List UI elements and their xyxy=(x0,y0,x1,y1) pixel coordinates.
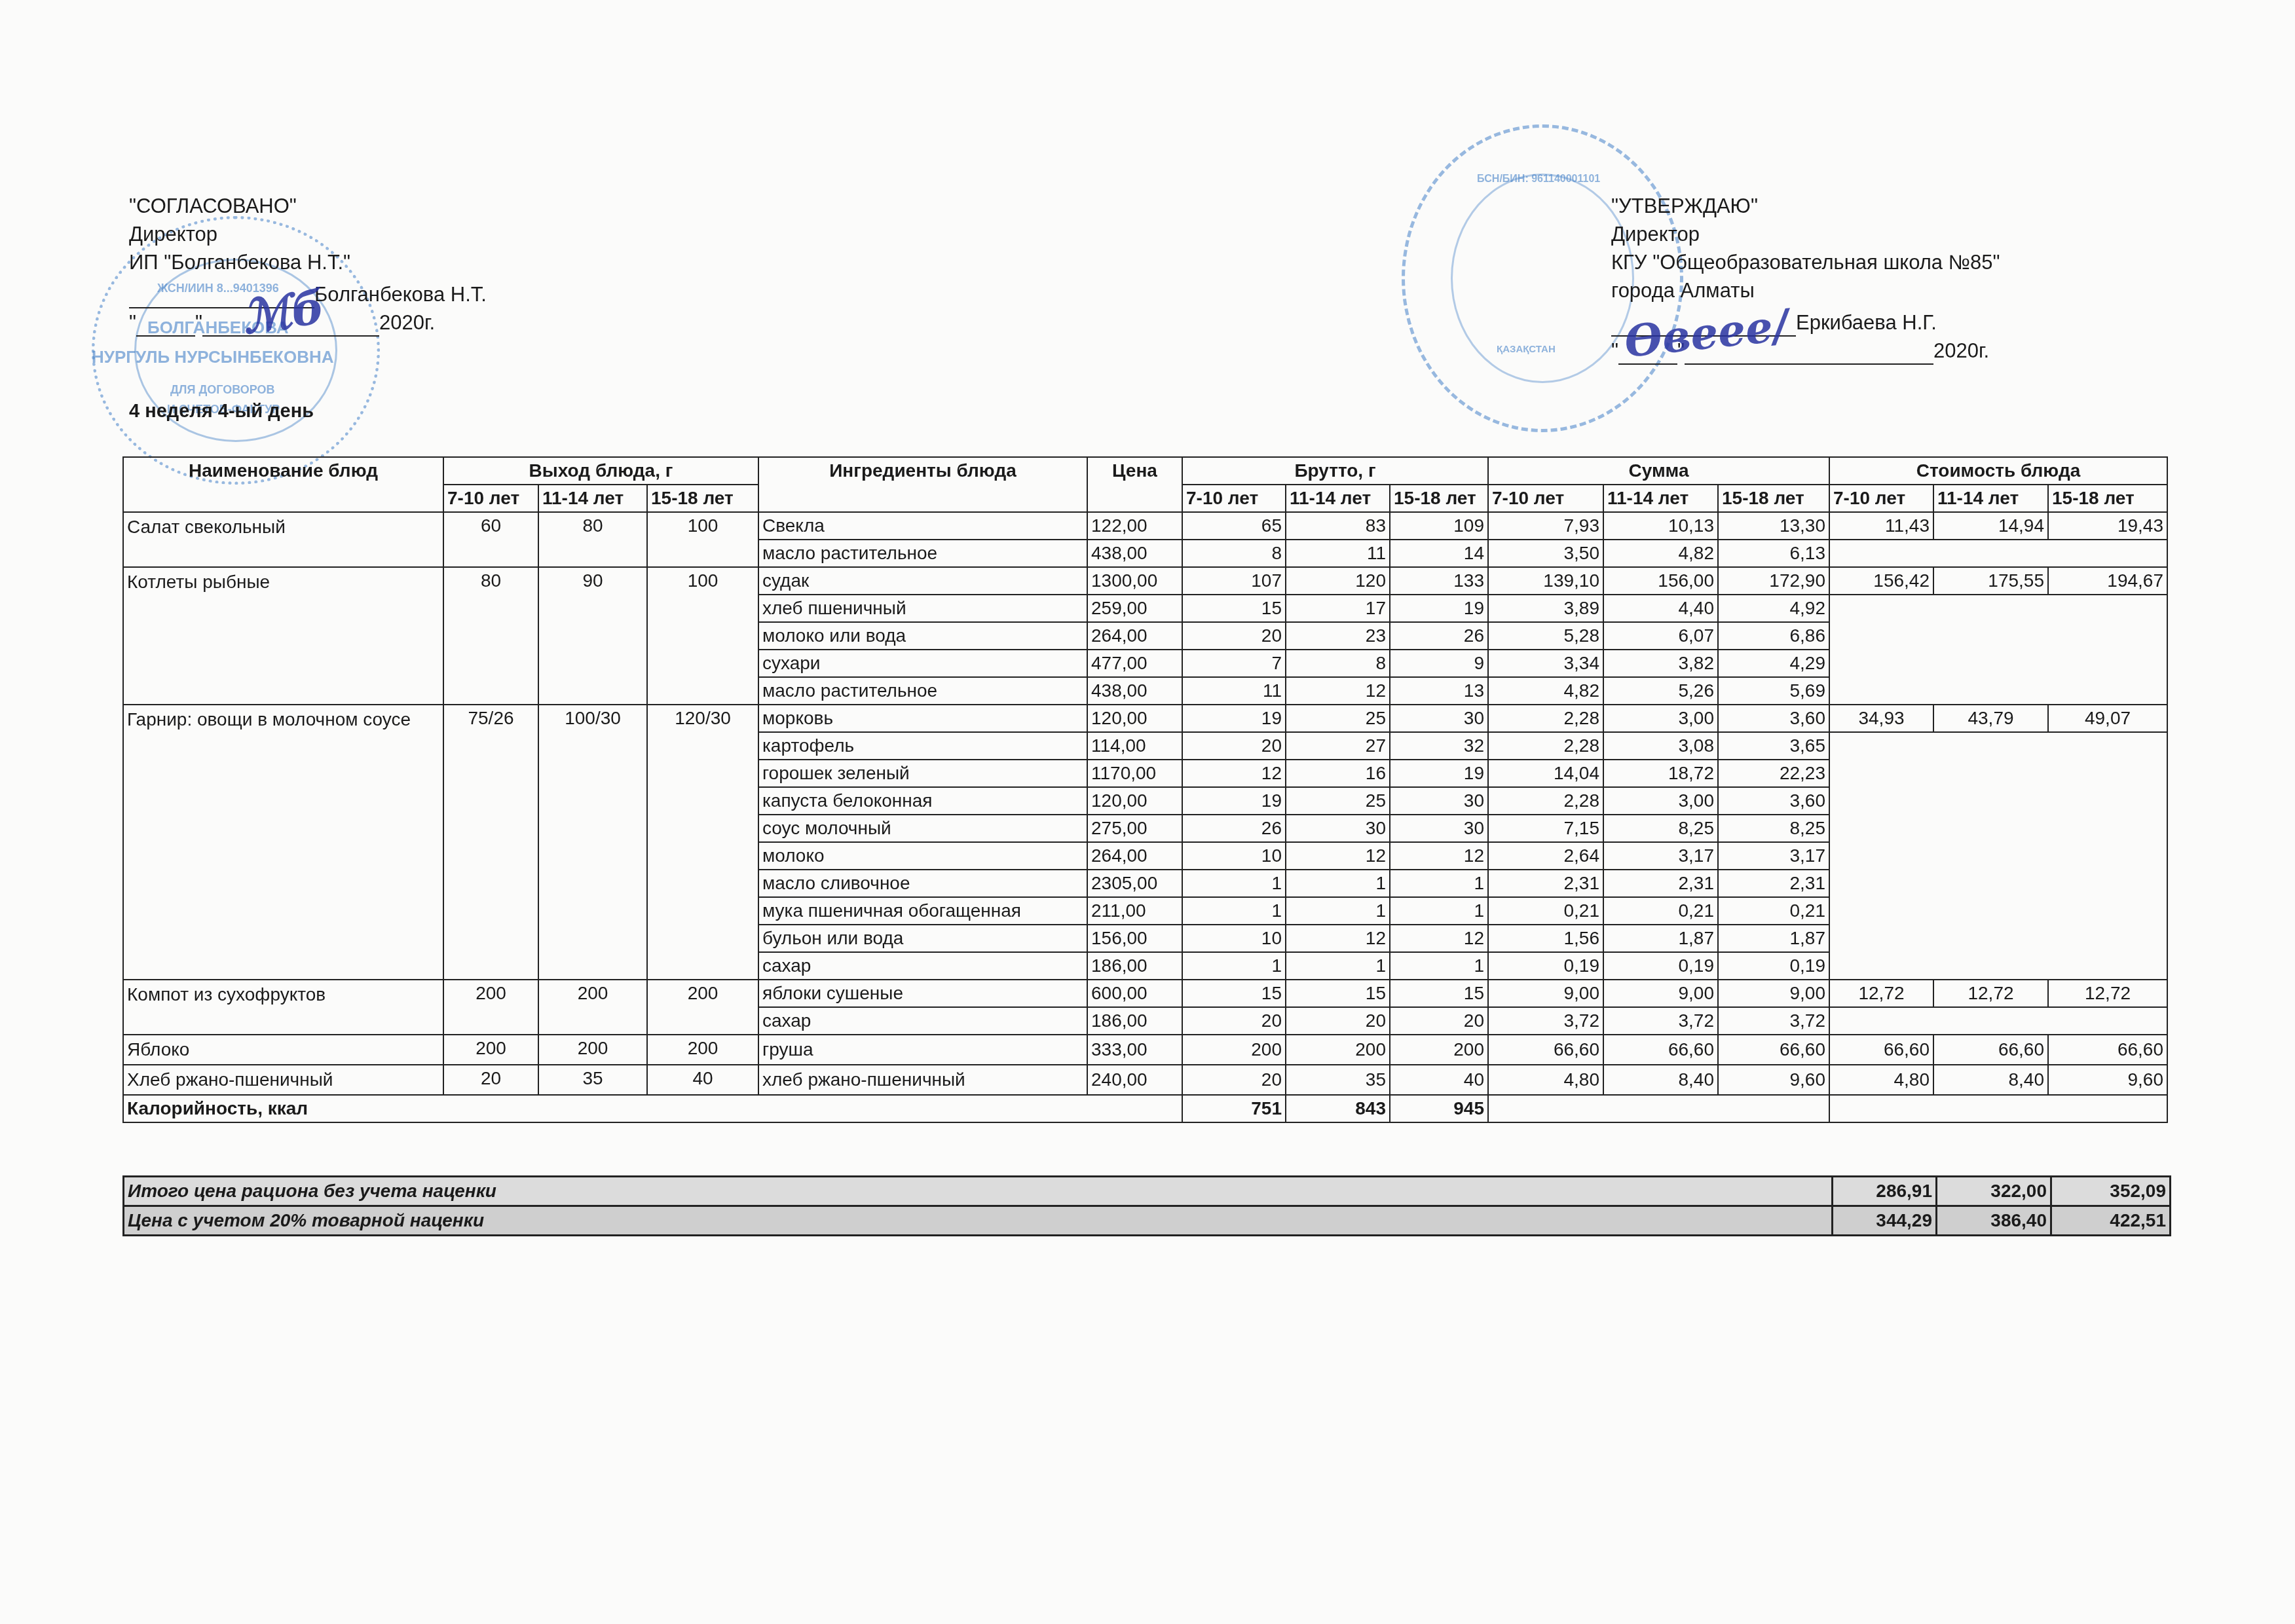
ingredient-gross: 26 xyxy=(1390,622,1488,650)
dish-yield: 20 xyxy=(443,1065,538,1095)
stamp-text: ҚАЗАҚСТАН xyxy=(1497,344,1556,355)
totals-value: 422,51 xyxy=(2051,1206,2171,1236)
ingredient-gross: 1 xyxy=(1182,870,1286,897)
ingredient-price: 156,00 xyxy=(1087,925,1182,952)
ingredient-gross: 19 xyxy=(1182,787,1286,815)
ingredient-gross: 20 xyxy=(1390,1007,1488,1035)
ingredient-sum: 9,00 xyxy=(1603,980,1718,1007)
header-yield-age-0: 7-10 лет xyxy=(443,485,538,512)
ingredient-price: 477,00 xyxy=(1087,650,1182,677)
dish-name: Хлеб ржано-пшеничный xyxy=(123,1065,443,1095)
ingredient-gross: 10 xyxy=(1182,925,1286,952)
ingredient-price: 120,00 xyxy=(1087,705,1182,732)
dish-cost: 194,67 xyxy=(2048,567,2167,595)
ingredient-gross: 83 xyxy=(1286,512,1390,540)
ingredient-gross: 10 xyxy=(1182,842,1286,870)
ingredient-gross: 23 xyxy=(1286,622,1390,650)
ingredient-name: судак xyxy=(758,567,1087,595)
ingredient-gross: 1 xyxy=(1182,952,1286,980)
ingredient-name: соус молочный xyxy=(758,815,1087,842)
ingredient-sum: 2,64 xyxy=(1488,842,1603,870)
ingredient-gross: 12 xyxy=(1286,925,1390,952)
ingredient-sum: 3,72 xyxy=(1488,1007,1603,1035)
ingredient-sum: 3,60 xyxy=(1718,705,1829,732)
stamp-text: НУРГУЛЬ НУРСЫНБЕКОВНА xyxy=(92,347,333,367)
ingredient-sum: 3,72 xyxy=(1718,1007,1829,1035)
dish-cost: 49,07 xyxy=(2048,705,2167,732)
empty-cost-cell xyxy=(1829,1095,2167,1122)
date-day-field xyxy=(136,313,195,337)
dish-yield: 40 xyxy=(647,1065,758,1095)
dish-yield: 200 xyxy=(538,980,647,1035)
ingredient-gross: 30 xyxy=(1286,815,1390,842)
ingredient-sum: 3,34 xyxy=(1488,650,1603,677)
totals-value: 344,29 xyxy=(1833,1206,1937,1236)
ingredient-price: 122,00 xyxy=(1087,512,1182,540)
dish-cost: 4,80 xyxy=(1829,1065,1933,1095)
ingredient-sum: 8,25 xyxy=(1718,815,1829,842)
ingredient-gross: 20 xyxy=(1182,622,1286,650)
ingredient-gross: 30 xyxy=(1390,705,1488,732)
calories-value: 751 xyxy=(1182,1095,1286,1122)
calories-value: 843 xyxy=(1286,1095,1390,1122)
menu-table: Наименование блюд Выход блюда, г Ингреди… xyxy=(122,456,2168,1123)
approval-left-organization: ИП "Болганбекова Н.Т." xyxy=(129,248,487,276)
ingredient-price: 211,00 xyxy=(1087,897,1182,925)
ingredient-name: мука пшеничная обогащенная xyxy=(758,897,1087,925)
dish-cost: 175,55 xyxy=(1933,567,2048,595)
ingredient-gross: 15 xyxy=(1286,980,1390,1007)
day-label: 4 неделя 4-ый день xyxy=(129,401,314,422)
ingredient-sum: 6,13 xyxy=(1718,540,1829,567)
ingredient-gross: 109 xyxy=(1390,512,1488,540)
ingredient-price: 333,00 xyxy=(1087,1035,1182,1065)
ingredient-sum: 5,28 xyxy=(1488,622,1603,650)
date-quote: " xyxy=(195,311,202,334)
table-row: Котлеты рыбные8090100судак1300,001071201… xyxy=(123,567,2167,595)
dish-yield: 90 xyxy=(538,567,647,705)
ingredient-name: морковь xyxy=(758,705,1087,732)
ingredient-gross: 200 xyxy=(1390,1035,1488,1065)
table-row: Компот из сухофруктов200200200яблоки суш… xyxy=(123,980,2167,1007)
dish-yield: 80 xyxy=(538,512,647,567)
ingredient-gross: 27 xyxy=(1286,732,1390,760)
dish-name: Гарнир: овощи в молочном соусе xyxy=(123,705,443,980)
totals-value: 286,91 xyxy=(1833,1177,1937,1206)
ingredient-price: 1170,00 xyxy=(1087,760,1182,787)
ingredient-price: 264,00 xyxy=(1087,622,1182,650)
dish-yield: 75/26 xyxy=(443,705,538,980)
table-row: Салат свекольный6080100Свекла122,0065831… xyxy=(123,512,2167,540)
ingredient-sum: 18,72 xyxy=(1603,760,1718,787)
ingredient-gross: 15 xyxy=(1182,595,1286,622)
dish-cost: 8,40 xyxy=(1933,1065,2048,1095)
ingredient-gross: 1 xyxy=(1286,952,1390,980)
approval-right-position: Директор xyxy=(1611,220,2000,248)
ingredient-gross: 12 xyxy=(1182,760,1286,787)
ingredient-sum: 8,40 xyxy=(1603,1065,1718,1095)
date-quote: " xyxy=(129,311,136,334)
ingredient-sum: 1,56 xyxy=(1488,925,1603,952)
header-yield-age-1: 11-14 лет xyxy=(538,485,647,512)
stamp-text: ДЛЯ ДОГОВОРОВ xyxy=(170,383,275,397)
header-sum-age-2: 15-18 лет xyxy=(1718,485,1829,512)
dish-cost: 12,72 xyxy=(1933,980,2048,1007)
header-sum-age-1: 11-14 лет xyxy=(1603,485,1718,512)
empty-cost-cell xyxy=(1829,732,2167,980)
ingredient-name: картофель xyxy=(758,732,1087,760)
dish-yield: 60 xyxy=(443,512,538,567)
ingredient-sum: 172,90 xyxy=(1718,567,1829,595)
ingredient-sum: 4,82 xyxy=(1488,677,1603,705)
ingredient-gross: 16 xyxy=(1286,760,1390,787)
ingredient-sum: 3,89 xyxy=(1488,595,1603,622)
ingredient-gross: 25 xyxy=(1286,787,1390,815)
ingredient-sum: 7,93 xyxy=(1488,512,1603,540)
ingredient-gross: 9 xyxy=(1390,650,1488,677)
header-price: Цена xyxy=(1087,457,1182,512)
dish-cost: 34,93 xyxy=(1829,705,1933,732)
ingredient-sum: 6,07 xyxy=(1603,622,1718,650)
ingredient-sum: 7,15 xyxy=(1488,815,1603,842)
totals-table: Итого цена рациона без учета наценки286,… xyxy=(122,1175,2171,1236)
dish-name: Компот из сухофруктов xyxy=(123,980,443,1035)
ingredient-gross: 20 xyxy=(1182,732,1286,760)
dish-cost: 11,43 xyxy=(1829,512,1933,540)
ingredient-sum: 14,04 xyxy=(1488,760,1603,787)
ingredient-price: 259,00 xyxy=(1087,595,1182,622)
ingredient-gross: 120 xyxy=(1286,567,1390,595)
ingredient-gross: 20 xyxy=(1182,1065,1286,1095)
ingredient-sum: 66,60 xyxy=(1603,1035,1718,1065)
ingredient-sum: 3,82 xyxy=(1603,650,1718,677)
ingredient-gross: 1 xyxy=(1390,870,1488,897)
ingredient-gross: 11 xyxy=(1182,677,1286,705)
ingredient-gross: 25 xyxy=(1286,705,1390,732)
ingredient-gross: 19 xyxy=(1390,595,1488,622)
totals-label: Цена с учетом 20% товарной наценки xyxy=(124,1206,1833,1236)
ingredient-sum: 5,69 xyxy=(1718,677,1829,705)
header-yield-age-2: 15-18 лет xyxy=(647,485,758,512)
ingredient-gross: 14 xyxy=(1390,540,1488,567)
ingredient-gross: 8 xyxy=(1286,650,1390,677)
header-sum: Сумма xyxy=(1488,457,1829,485)
table-row: Гарнир: овощи в молочном соусе75/26100/3… xyxy=(123,705,2167,732)
header-gross-age-2: 15-18 лет xyxy=(1390,485,1488,512)
dish-cost: 14,94 xyxy=(1933,512,2048,540)
ingredient-sum: 0,21 xyxy=(1488,897,1603,925)
dish-cost: 66,60 xyxy=(2048,1035,2167,1065)
ingredient-gross: 40 xyxy=(1390,1065,1488,1095)
ingredient-gross: 8 xyxy=(1182,540,1286,567)
ingredient-gross: 19 xyxy=(1390,760,1488,787)
ingredient-sum: 2,28 xyxy=(1488,705,1603,732)
ingredient-sum: 9,00 xyxy=(1488,980,1603,1007)
approval-right-year: 2020г. xyxy=(1933,339,1989,362)
dish-yield: 200 xyxy=(443,980,538,1035)
signature-left: ℳб xyxy=(239,280,328,345)
ingredient-price: 600,00 xyxy=(1087,980,1182,1007)
totals-label: Итого цена рациона без учета наценки xyxy=(124,1177,1833,1206)
calories-value: 945 xyxy=(1390,1095,1488,1122)
empty-cost-cell xyxy=(1829,540,2167,567)
table-row: Хлеб ржано-пшеничный203540хлеб ржано-пше… xyxy=(123,1065,2167,1095)
header-cost-age-1: 11-14 лет xyxy=(1933,485,2048,512)
ingredient-gross: 1 xyxy=(1286,897,1390,925)
empty-cost-cell xyxy=(1829,595,2167,705)
header-gross-age-1: 11-14 лет xyxy=(1286,485,1390,512)
dish-cost: 12,72 xyxy=(1829,980,1933,1007)
ingredient-price: 186,00 xyxy=(1087,1007,1182,1035)
dish-yield: 100/30 xyxy=(538,705,647,980)
ingredient-price: 120,00 xyxy=(1087,787,1182,815)
ingredient-sum: 4,40 xyxy=(1603,595,1718,622)
totals-value: 352,09 xyxy=(2051,1177,2171,1206)
ingredient-name: хлеб пшеничный xyxy=(758,595,1087,622)
ingredient-sum: 66,60 xyxy=(1488,1035,1603,1065)
header-sum-age-0: 7-10 лет xyxy=(1488,485,1603,512)
ingredient-gross: 35 xyxy=(1286,1065,1390,1095)
dish-cost: 9,60 xyxy=(2048,1065,2167,1095)
ingredient-gross: 200 xyxy=(1182,1035,1286,1065)
ingredient-sum: 0,19 xyxy=(1603,952,1718,980)
ingredient-gross: 200 xyxy=(1286,1035,1390,1065)
ingredient-gross: 65 xyxy=(1182,512,1286,540)
header-row-1: Наименование блюд Выход блюда, г Ингреди… xyxy=(123,457,2167,485)
header-dish-cost: Стоимость блюда xyxy=(1829,457,2167,485)
dish-cost: 12,72 xyxy=(2048,980,2167,1007)
ingredient-price: 1300,00 xyxy=(1087,567,1182,595)
ingredient-sum: 0,21 xyxy=(1603,897,1718,925)
ingredient-gross: 12 xyxy=(1286,677,1390,705)
approval-left-position: Директор xyxy=(129,220,487,248)
dish-name: Яблоко xyxy=(123,1035,443,1065)
header-yield: Выход блюда, г xyxy=(443,457,758,485)
ingredient-sum: 3,72 xyxy=(1603,1007,1718,1035)
ingredient-name: сахар xyxy=(758,952,1087,980)
table-row: Яблоко200200200груша333,0020020020066,60… xyxy=(123,1035,2167,1065)
ingredient-name: масло растительное xyxy=(758,540,1087,567)
ingredient-sum: 5,26 xyxy=(1603,677,1718,705)
ingredient-sum: 3,60 xyxy=(1718,787,1829,815)
empty-cost-cell xyxy=(1829,1007,2167,1035)
ingredient-sum: 1,87 xyxy=(1603,925,1718,952)
ingredient-gross: 26 xyxy=(1182,815,1286,842)
dish-yield: 120/30 xyxy=(647,705,758,980)
ingredient-sum: 4,29 xyxy=(1718,650,1829,677)
header-gross: Брутто, г xyxy=(1182,457,1488,485)
ingredient-sum: 4,82 xyxy=(1603,540,1718,567)
ingredient-name: сухари xyxy=(758,650,1087,677)
ingredient-sum: 9,60 xyxy=(1718,1065,1829,1095)
ingredient-sum: 4,92 xyxy=(1718,595,1829,622)
ingredient-sum: 0,19 xyxy=(1488,952,1603,980)
ingredient-name: капуста белоконная xyxy=(758,787,1087,815)
ingredient-name: молоко xyxy=(758,842,1087,870)
ingredient-gross: 13 xyxy=(1390,677,1488,705)
header-gross-age-0: 7-10 лет xyxy=(1182,485,1286,512)
approval-left-signatory: Болганбекова Н.Т. xyxy=(314,283,487,306)
ingredient-price: 275,00 xyxy=(1087,815,1182,842)
ingredient-sum: 13,30 xyxy=(1718,512,1829,540)
ingredient-gross: 133 xyxy=(1390,567,1488,595)
approval-left-title: "СОГЛАСОВАНО" xyxy=(129,192,487,220)
ingredient-sum: 3,17 xyxy=(1718,842,1829,870)
ingredient-gross: 12 xyxy=(1390,842,1488,870)
ingredient-sum: 0,21 xyxy=(1718,897,1829,925)
empty-sum-cell xyxy=(1488,1095,1829,1122)
ingredient-gross: 20 xyxy=(1286,1007,1390,1035)
ingredient-gross: 30 xyxy=(1390,815,1488,842)
dish-yield: 200 xyxy=(647,980,758,1035)
ingredient-sum: 4,80 xyxy=(1488,1065,1603,1095)
ingredient-name: Свекла xyxy=(758,512,1087,540)
ingredient-gross: 15 xyxy=(1182,980,1286,1007)
ingredient-price: 438,00 xyxy=(1087,677,1182,705)
ingredient-gross: 1 xyxy=(1390,952,1488,980)
ingredient-gross: 30 xyxy=(1390,787,1488,815)
dish-cost: 19,43 xyxy=(2048,512,2167,540)
ingredient-sum: 3,17 xyxy=(1603,842,1718,870)
approval-right-city: города Алматы xyxy=(1611,276,2000,304)
ingredient-name: масло растительное xyxy=(758,677,1087,705)
ingredient-price: 186,00 xyxy=(1087,952,1182,980)
ingredient-price: 240,00 xyxy=(1087,1065,1182,1095)
dish-yield: 100 xyxy=(647,567,758,705)
ingredient-name: сахар xyxy=(758,1007,1087,1035)
totals-row: Цена с учетом 20% товарной наценки344,29… xyxy=(124,1206,2171,1236)
ingredient-gross: 15 xyxy=(1390,980,1488,1007)
dish-cost: 66,60 xyxy=(1933,1035,2048,1065)
ingredient-price: 2305,00 xyxy=(1087,870,1182,897)
ingredient-name: груша xyxy=(758,1035,1087,1065)
totals-value: 386,40 xyxy=(1937,1206,2051,1236)
ingredient-name: масло сливочное xyxy=(758,870,1087,897)
dish-yield: 35 xyxy=(538,1065,647,1095)
ingredient-gross: 17 xyxy=(1286,595,1390,622)
totals-value: 322,00 xyxy=(1937,1177,2051,1206)
dish-cost: 43,79 xyxy=(1933,705,2048,732)
ingredient-sum: 22,23 xyxy=(1718,760,1829,787)
dish-yield: 100 xyxy=(647,512,758,567)
date-quote: " xyxy=(1611,339,1618,362)
ingredient-sum: 156,00 xyxy=(1603,567,1718,595)
approval-right-signatory: Еркибаева Н.Г. xyxy=(1796,311,1937,334)
ingredient-gross: 7 xyxy=(1182,650,1286,677)
ingredient-gross: 1 xyxy=(1390,897,1488,925)
ingredient-sum: 3,65 xyxy=(1718,732,1829,760)
ingredient-price: 438,00 xyxy=(1087,540,1182,567)
header-ingredients: Ингредиенты блюда xyxy=(758,457,1087,512)
ingredient-gross: 19 xyxy=(1182,705,1286,732)
approval-right-organization: КГУ "Общеобразовательная школа №85" xyxy=(1611,248,2000,276)
ingredient-gross: 1 xyxy=(1182,897,1286,925)
ingredient-sum: 2,31 xyxy=(1603,870,1718,897)
ingredient-gross: 12 xyxy=(1390,925,1488,952)
approval-right-title: "УТВЕРЖДАЮ" xyxy=(1611,192,2000,220)
ingredient-gross: 1 xyxy=(1286,870,1390,897)
ingredient-sum: 9,00 xyxy=(1718,980,1829,1007)
ingredient-sum: 0,19 xyxy=(1718,952,1829,980)
approval-left-year: 2020г. xyxy=(379,311,435,334)
ingredient-name: яблоки сушеные xyxy=(758,980,1087,1007)
ingredient-name: горошек зеленый xyxy=(758,760,1087,787)
ingredient-sum: 2,31 xyxy=(1718,870,1829,897)
ingredient-sum: 3,50 xyxy=(1488,540,1603,567)
stamp-text: БСН/БИН: 961140001101 xyxy=(1477,174,1600,185)
header-cost-age-0: 7-10 лет xyxy=(1829,485,1933,512)
ingredient-sum: 3,08 xyxy=(1603,732,1718,760)
dish-yield: 200 xyxy=(538,1035,647,1065)
ingredient-sum: 10,13 xyxy=(1603,512,1718,540)
dish-yield: 80 xyxy=(443,567,538,705)
calories-label: Калорийность, ккал xyxy=(123,1095,1182,1122)
header-dish-name: Наименование блюд xyxy=(123,457,443,512)
ingredient-sum: 3,00 xyxy=(1603,787,1718,815)
ingredient-gross: 32 xyxy=(1390,732,1488,760)
ingredient-gross: 12 xyxy=(1286,842,1390,870)
dish-name: Салат свекольный xyxy=(123,512,443,567)
ingredient-sum: 8,25 xyxy=(1603,815,1718,842)
ingredient-name: хлеб ржано-пшеничный xyxy=(758,1065,1087,1095)
ingredient-gross: 11 xyxy=(1286,540,1390,567)
dish-yield: 200 xyxy=(443,1035,538,1065)
ingredient-sum: 6,86 xyxy=(1718,622,1829,650)
ingredient-sum: 2,28 xyxy=(1488,732,1603,760)
totals-row: Итого цена рациона без учета наценки286,… xyxy=(124,1177,2171,1206)
header-cost-age-2: 15-18 лет xyxy=(2048,485,2167,512)
ingredient-name: молоко или вода xyxy=(758,622,1087,650)
dish-cost: 66,60 xyxy=(1829,1035,1933,1065)
dish-name: Котлеты рыбные xyxy=(123,567,443,705)
dish-cost: 156,42 xyxy=(1829,567,1933,595)
ingredient-price: 264,00 xyxy=(1087,842,1182,870)
ingredient-price: 114,00 xyxy=(1087,732,1182,760)
dish-yield: 200 xyxy=(647,1035,758,1065)
ingredient-sum: 2,28 xyxy=(1488,787,1603,815)
ingredient-sum: 2,31 xyxy=(1488,870,1603,897)
ingredient-sum: 139,10 xyxy=(1488,567,1603,595)
calories-row: Калорийность, ккал751843945 xyxy=(123,1095,2167,1122)
ingredient-gross: 107 xyxy=(1182,567,1286,595)
ingredient-sum: 66,60 xyxy=(1718,1035,1829,1065)
ingredient-name: бульон или вода xyxy=(758,925,1087,952)
ingredient-sum: 1,87 xyxy=(1718,925,1829,952)
ingredient-sum: 3,00 xyxy=(1603,705,1718,732)
ingredient-gross: 20 xyxy=(1182,1007,1286,1035)
